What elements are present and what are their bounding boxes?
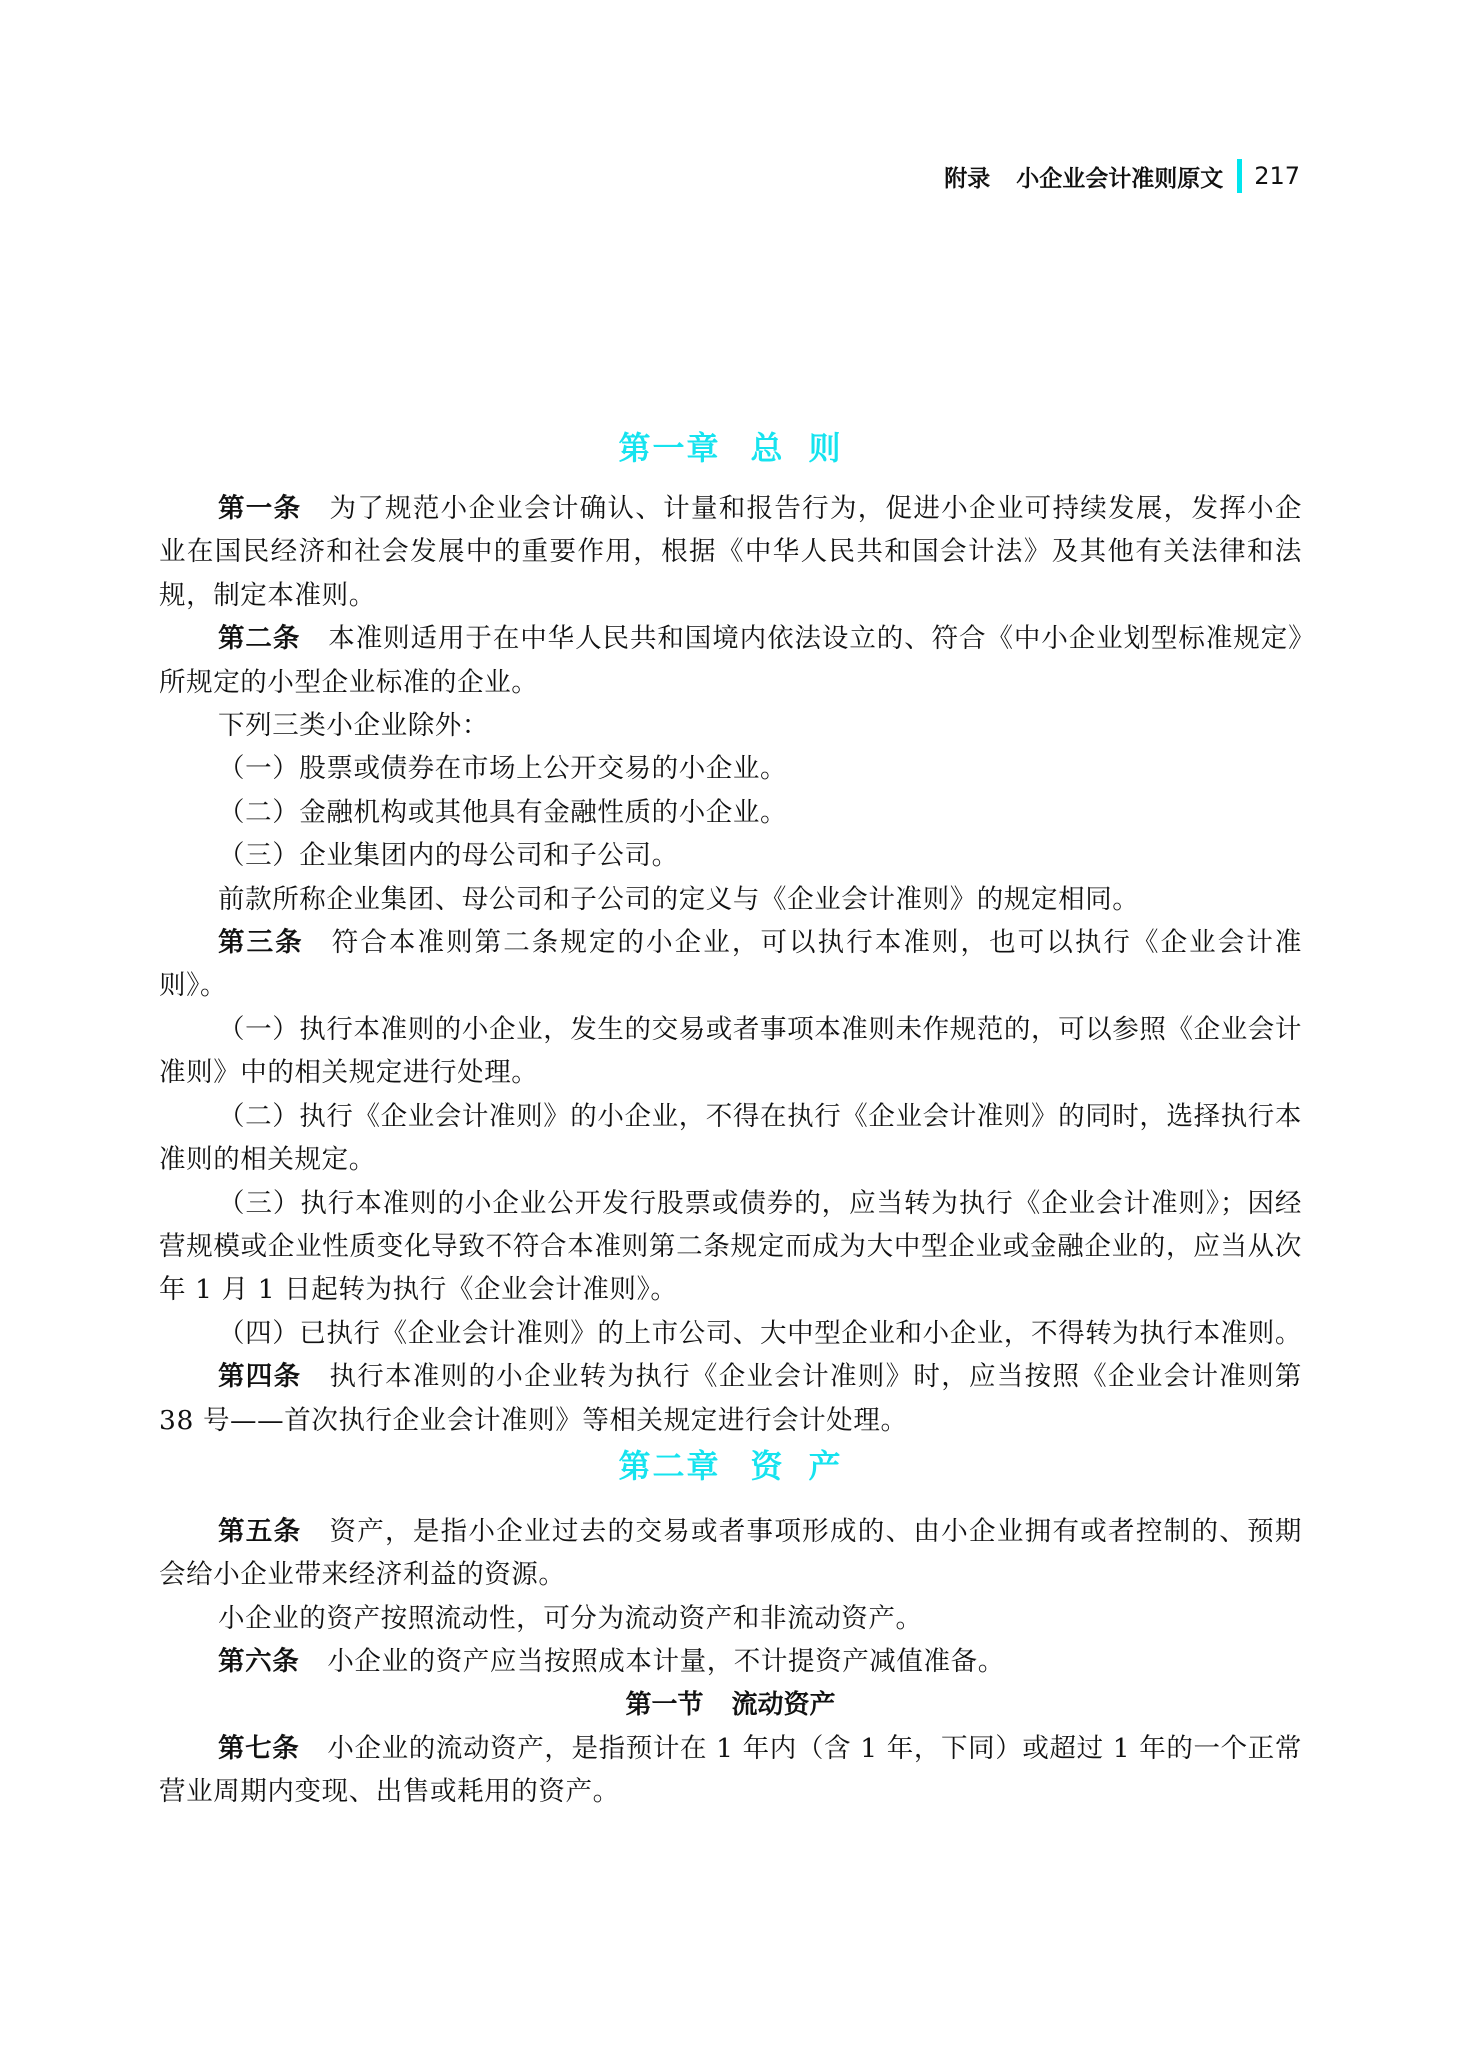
chapter-2-title-a: 资 — [750, 1447, 784, 1485]
article-label: 第三条 — [218, 927, 304, 958]
chapter-1-title-b: 则 — [809, 429, 843, 467]
article-label: 第一条 — [218, 493, 301, 524]
accent-bar — [1237, 159, 1242, 193]
list-item-2: （二）执行《企业会计准则》的小企业，不得在执行《企业会计准则》的同时，选择执行本… — [159, 1095, 1302, 1182]
article-label: 第二条 — [218, 623, 300, 654]
list-item-3: （三）企业集团内的母公司和子公司。 — [159, 834, 1302, 877]
article-1: 第一条为了规范小企业会计确认、计量和报告行为，促进小企业可持续发展，发挥小企业在… — [159, 487, 1302, 617]
chapter-1-heading: 第一章总则 — [159, 426, 1302, 470]
article-text: 小企业的资产应当按照成本计量，不计提资产减值准备。 — [327, 1646, 1005, 1677]
list-item-4: （四）已执行《企业会计准则》的上市公司、大中型企业和小企业，不得转为执行本准则。 — [159, 1312, 1302, 1355]
chapter-2-heading: 第二章资产 — [159, 1444, 1302, 1488]
article-2: 第二条本准则适用于在中华人民共和国境内依法设立的、符合《中小企业划型标准规定》所… — [159, 617, 1302, 704]
page-body: 第一章总则 第一条为了规范小企业会计确认、计量和报告行为，促进小企业可持续发展，… — [159, 426, 1302, 1813]
running-head-title: 小企业会计准则原文 — [1016, 160, 1223, 193]
paragraph-exclusions-intro: 下列三类小企业除外： — [159, 704, 1302, 747]
list-item-1: （一）执行本准则的小企业，发生的交易或者事项本准则未作规范的，可以参照《企业会计… — [159, 1008, 1302, 1095]
chapter-2-number: 第二章 — [618, 1447, 720, 1485]
article-4: 第四条执行本准则的小企业转为执行《企业会计准则》时，应当按照《企业会计准则第 3… — [159, 1355, 1302, 1442]
paragraph-asset-classification: 小企业的资产按照流动性，可分为流动资产和非流动资产。 — [159, 1597, 1302, 1640]
article-label: 第四条 — [218, 1361, 301, 1392]
article-text: 资产，是指小企业过去的交易或者事项形成的、由小企业拥有或者控制的、预期会给小企业… — [159, 1516, 1302, 1590]
article-6: 第六条小企业的资产应当按照成本计量，不计提资产减值准备。 — [159, 1640, 1302, 1683]
article-label: 第五条 — [218, 1516, 301, 1547]
article-text: 本准则适用于在中华人民共和国境内依法设立的、符合《中小企业划型标准规定》所规定的… — [159, 623, 1302, 697]
article-label: 第七条 — [218, 1733, 299, 1764]
list-item-2: （二）金融机构或其他具有金融性质的小企业。 — [159, 791, 1302, 834]
article-label: 第六条 — [218, 1646, 299, 1677]
page-number: 217 — [1254, 162, 1300, 190]
chapter-1-number: 第一章 — [618, 429, 720, 467]
article-5: 第五条资产，是指小企业过去的交易或者事项形成的、由小企业拥有或者控制的、预期会给… — [159, 1510, 1302, 1597]
chapter-2-title-b: 产 — [809, 1447, 843, 1485]
chapter-1-title-a: 总 — [750, 429, 784, 467]
list-item-1: （一）股票或债券在市场上公开交易的小企业。 — [159, 747, 1302, 790]
list-item-3: （三）执行本准则的小企业公开发行股票或债券的，应当转为执行《企业会计准则》；因经… — [159, 1182, 1302, 1312]
article-text: 小企业的流动资产，是指预计在 1 年内（含 1 年，下同）或超过 1 年的一个正… — [159, 1733, 1302, 1807]
running-head: 附录 小企业会计准则原文 217 — [944, 156, 1300, 196]
article-7: 第七条小企业的流动资产，是指预计在 1 年内（含 1 年，下同）或超过 1 年的… — [159, 1727, 1302, 1814]
article-text: 执行本准则的小企业转为执行《企业会计准则》时，应当按照《企业会计准则第 38 号… — [159, 1361, 1302, 1435]
article-text: 符合本准则第二条规定的小企业，可以执行本准则，也可以执行《企业会计准则》。 — [159, 927, 1302, 1001]
section-1-number: 第一节 — [625, 1690, 703, 1720]
section-1-title: 流动资产 — [732, 1690, 836, 1720]
article-3: 第三条符合本准则第二条规定的小企业，可以执行本准则，也可以执行《企业会计准则》。 — [159, 921, 1302, 1008]
paragraph-definitions: 前款所称企业集团、母公司和子公司的定义与《企业会计准则》的规定相同。 — [159, 878, 1302, 921]
running-head-section: 附录 — [944, 160, 990, 193]
section-1-heading: 第一节流动资产 — [159, 1684, 1302, 1727]
article-text: 为了规范小企业会计确认、计量和报告行为，促进小企业可持续发展，发挥小企业在国民经… — [159, 493, 1302, 611]
